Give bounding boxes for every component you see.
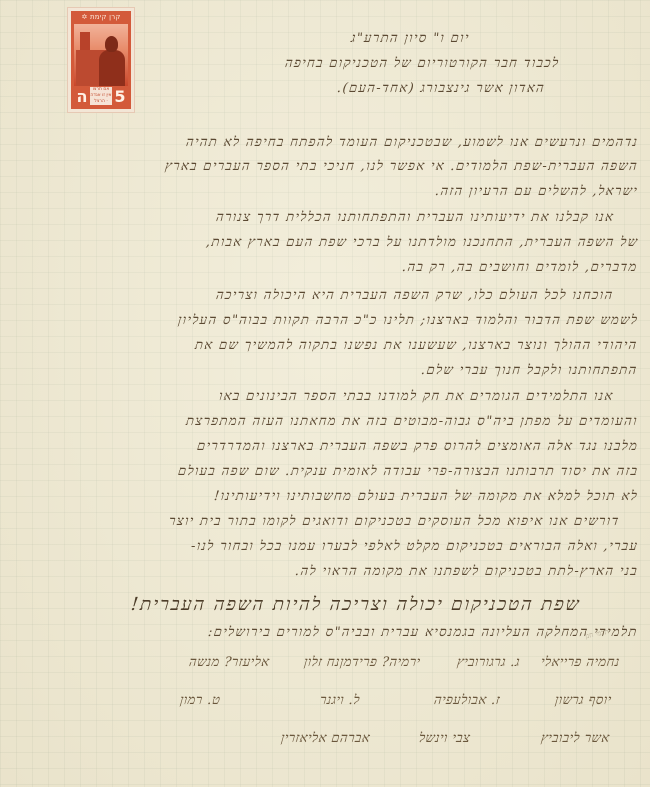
stamp-header-text: קרן קימת ✡ לישראל	[71, 12, 131, 23]
body-line: מדברים, לומדים וחושבים בה, רק בה.	[402, 259, 639, 275]
body-line: ישראל, להשלים עם הרעיון הזה.	[434, 183, 639, 199]
body-line: נדהמים ונרעשים אנו לשמוע, שבטכניקום העומ…	[185, 134, 639, 150]
body-line: הוכחנו לכל העולם כלו, שרק השפה העברית הי…	[216, 287, 615, 303]
body-line: של השפה העברית, התחנכנו מולדתנו על ברכי …	[205, 234, 639, 250]
stamp-herzl-jerusalem-image	[74, 24, 128, 86]
body-line: לא תוכל למלא את מקומה של העברית בעולם מח…	[213, 488, 639, 504]
letter-date: יום ו" סיון התרע"ג	[350, 30, 470, 46]
signature: ג. גרגורוביץ	[456, 654, 521, 670]
signature: אליעזר? מנשה	[189, 654, 271, 670]
herzl-figure-body	[99, 50, 125, 86]
letter-to-line: לכבוד חבר הקורטוריום של הטכניקום בחיפה	[285, 55, 561, 71]
signature: יוסף גרשון	[555, 692, 613, 708]
body-line: והעומדים על מפתן ביה"ס גבוה-מבוטים בזה א…	[185, 413, 639, 429]
signature: אברהם אליאזרין	[280, 730, 371, 746]
signature: ט. רמון	[179, 692, 221, 708]
body-line: התפתחותנו ולקבל חנוך עברי שלם.	[421, 362, 639, 378]
body-line: השפה העברית-שפת הלמודים. אי אפשר לנו, חנ…	[164, 158, 639, 174]
herzl-figure-head	[105, 36, 118, 52]
body-line: אנו התלמידים הגומרים את חק למודנו בבתי ה…	[219, 388, 615, 404]
stamp-caption: אם תרצו אין זו אגדה · הרצל	[90, 87, 112, 105]
body-line: עברי, ואלה הבוראים בטכניקום מקלט לאלפי ל…	[190, 538, 639, 554]
signature: ירמיה? פרידמן	[339, 654, 421, 670]
body-line: בזה את יסוד תרבותנו הבצורה-פרי עבודה לאו…	[177, 463, 639, 479]
signature: ל. ויגנר	[319, 692, 361, 708]
signature: אשר ליבוביץ	[541, 730, 611, 746]
signature: נח זלון	[303, 654, 341, 670]
signature: נחמיה פרייאלי	[541, 654, 621, 670]
stamp-face: קרן קימת ✡ לישראל ה אם תרצו אין זו אגדה …	[71, 11, 131, 109]
postage-stamp: קרן קימת ✡ לישראל ה אם תרצו אין זו אגדה …	[68, 8, 134, 112]
signature: ז. אבולעפיה	[433, 692, 501, 708]
stamp-value: 5	[113, 88, 127, 106]
letter-addressee: האדון אשר גינצבורג (אחד-העם).	[336, 80, 546, 96]
body-line: לשמש שפת הדבור והלמוד בארצנו; תלינו כ"כ …	[177, 312, 639, 328]
body-line: היהודי ההולך ונוצר בארצנו, שעשענו את נפש…	[195, 337, 639, 353]
body-line: אנו קבלנו את ידיעותינו העברית והתפתחותנו…	[215, 209, 615, 225]
signature: צבי וינשל	[418, 730, 471, 746]
stamp-bottom-band: ה אם תרצו אין זו אגדה · הרצל 5	[74, 85, 128, 107]
slogan-line: שפת הטכניקום יכולה וצריכה להיות השפה העב…	[129, 594, 581, 615]
body-line: דורשים אנו איפוא מכל העוסקים בטכניקום וד…	[169, 513, 621, 529]
signatory-intro: תלמידי המחלקה העליונה בגמנסיא עברית ובבי…	[207, 624, 638, 640]
body-line: מלבנו נגד אלה האומצים להרוס פרק בשפה העב…	[196, 438, 639, 454]
body-line: בני הארץ-לתת בטכניקום לשפתנו את מקומה הר…	[294, 563, 639, 579]
stamp-letter: ה	[75, 88, 89, 106]
